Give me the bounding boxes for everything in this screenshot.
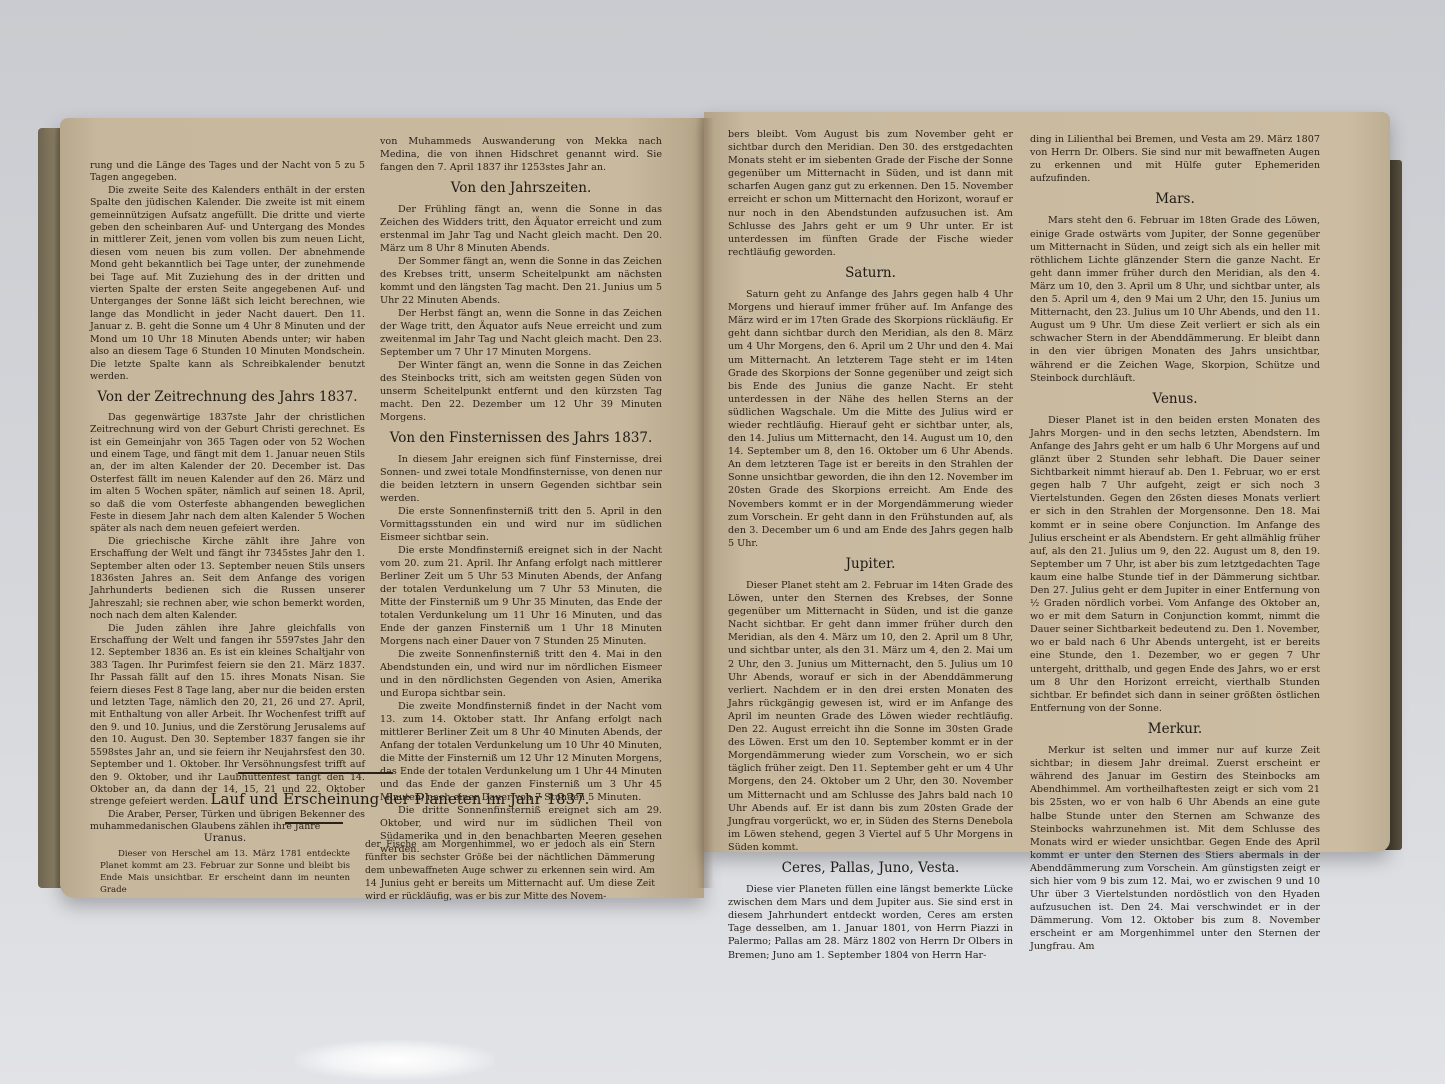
paragraph: Diese vier Planeten füllen eine längst b…	[728, 883, 1013, 962]
paragraph: bers bleibt. Vom August bis zum November…	[728, 128, 1013, 259]
paragraph: Die erste Mondfinsterniß ereignet sich i…	[380, 544, 662, 648]
paragraph: Der Winter fängt an, wenn die Sonne in d…	[380, 359, 662, 424]
paragraph: Die erste Sonnenfinsterniß tritt den 5. …	[380, 505, 662, 544]
uranus-column-left: Uranus. Dieser von Herschel am 13. März …	[100, 830, 350, 896]
section-heading-saturn: Saturn.	[728, 267, 1013, 280]
paragraph: Saturn geht zu Anfange des Jahrs gegen h…	[728, 288, 1013, 550]
paragraph: Der Frühling fängt an, wenn die Sonne in…	[380, 203, 662, 255]
paragraph: Der Herbst fängt an, wenn die Sonne in d…	[380, 307, 662, 359]
left-page-column-1: rung und die Länge des Tages und der Nac…	[90, 160, 365, 834]
section-heading-uranus: Uranus.	[100, 832, 350, 844]
right-page-column-2: ding in Lilienthal bei Bremen, und Vesta…	[1030, 133, 1320, 954]
section-heading-merkur: Merkur.	[1030, 723, 1320, 736]
planets-section-title: Lauf und Erscheinung der Planeten im Jah…	[180, 790, 620, 808]
section-heading-jahrszeiten: Von den Jahrszeiten.	[380, 182, 662, 195]
right-page-column-1: bers bleibt. Vom August bis zum November…	[728, 128, 1013, 962]
paragraph: In diesem Jahr ereignen sich fünf Finste…	[380, 453, 662, 505]
paragraph: ding in Lilienthal bei Bremen, und Vesta…	[1030, 133, 1320, 185]
section-heading-zeitrechnung: Von der Zeitrechnung des Jahrs 1837.	[90, 391, 365, 403]
section-heading-mars: Mars.	[1030, 193, 1320, 206]
paragraph: Mars steht den 6. Februar im 18ten Grade…	[1030, 214, 1320, 384]
paragraph: Das gegenwärtige 1837ste Jahr der christ…	[90, 412, 365, 536]
paragraph: Die zweite Sonnenfinsterniß tritt den 4.…	[380, 648, 662, 700]
paragraph: Die zweite Mondfinsterniß findet in der …	[380, 700, 662, 804]
uranus-column-right: der Fische am Morgenhimmel, wo er jedoch…	[365, 838, 655, 903]
paragraph: Dieser Planet ist in den beiden ersten M…	[1030, 414, 1320, 715]
paragraph: von Muhammeds Auswanderung von Mekka nac…	[380, 135, 662, 174]
paragraph: Die Juden zählen ihre Jahre gleichfalls …	[90, 623, 365, 809]
book-gutter	[696, 118, 714, 888]
paragraph: Dieser von Herschel am 13. März 1781 ent…	[100, 848, 350, 896]
paragraph: Dieser Planet steht am 2. Februar im 14t…	[728, 579, 1013, 854]
divider-rule-bottom	[285, 822, 343, 824]
section-heading-jupiter: Jupiter.	[728, 558, 1013, 571]
section-heading-venus: Venus.	[1030, 393, 1320, 406]
paragraph: der Fische am Morgenhimmel, wo er jedoch…	[365, 838, 655, 903]
section-heading-ceres-pallas-juno-vesta: Ceres, Pallas, Juno, Vesta.	[728, 862, 1013, 875]
divider-rule-top	[238, 772, 393, 774]
paragraph: Merkur ist selten und immer nur auf kurz…	[1030, 744, 1320, 954]
paragraph: Der Sommer fängt an, wenn die Sonne in d…	[380, 255, 662, 307]
paragraph: Die griechische Kirche zählt ihre Jahre …	[90, 536, 365, 623]
section-heading-finsternisse: Von den Finsternissen des Jahrs 1837.	[380, 432, 662, 445]
left-page-column-2: von Muhammeds Auswanderung von Mekka nac…	[380, 135, 662, 856]
camera-flash-reflection	[295, 1040, 495, 1080]
paragraph: rung und die Länge des Tages und der Nac…	[90, 160, 365, 185]
paragraph: Die zweite Seite des Kalenders enthält i…	[90, 185, 365, 384]
